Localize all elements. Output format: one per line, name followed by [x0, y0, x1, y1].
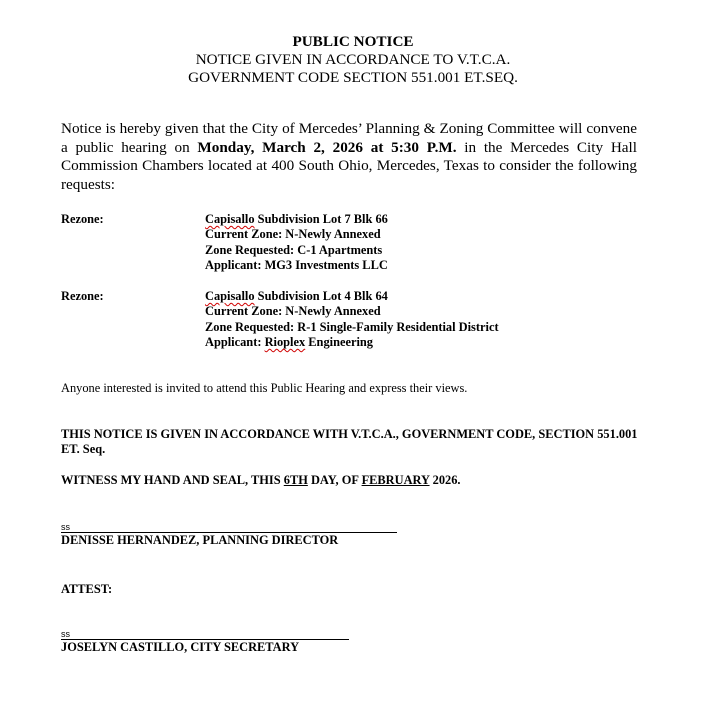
hearing-date-time: Monday, March 2, 2026 at 5:30 P.M.: [197, 139, 456, 156]
witness-month: FEBRUARY: [362, 473, 430, 487]
witness-day: 6TH: [284, 473, 308, 487]
rezone-details: Capisallo Subdivision Lot 7 Blk 66 Curre…: [205, 212, 388, 274]
signatory-name: DENISSE HERNANDEZ, PLANNING DIRECTOR: [61, 533, 397, 548]
notice-header: PUBLIC NOTICE NOTICE GIVEN IN ACCORDANCE…: [0, 33, 706, 87]
signature-block-city-secretary: ss JOSELYN CASTILLO, CITY SECRETARY: [61, 629, 349, 655]
signature-line: ss: [61, 629, 349, 640]
current-zone-line: Current Zone: N-Newly Annexed: [205, 227, 388, 242]
signature-block-planning-director: ss DENISSE HERNANDEZ, PLANNING DIRECTOR: [61, 522, 397, 548]
notice-title: PUBLIC NOTICE: [0, 33, 706, 51]
signature-line: ss: [61, 522, 397, 533]
subdivision-line: Capisallo Subdivision Lot 7 Blk 66: [205, 212, 388, 227]
notice-subtitle-accordance: NOTICE GIVEN IN ACCORDANCE TO V.T.C.A.: [0, 51, 706, 69]
witness-prefix: WITNESS MY HAND AND SEAL, THIS: [61, 473, 284, 487]
witness-statement: WITNESS MY HAND AND SEAL, THIS 6TH DAY, …: [61, 473, 461, 488]
invitation-text: Anyone interested is invited to attend t…: [61, 381, 467, 396]
notice-subtitle-code-section: GOVERNMENT CODE SECTION 551.001 ET.SEQ.: [0, 69, 706, 87]
document-page: PUBLIC NOTICE NOTICE GIVEN IN ACCORDANCE…: [0, 0, 706, 704]
applicant-name: MG3 Investments LLC: [265, 258, 388, 272]
spellcheck-flagged-word: Capisallo: [205, 212, 255, 226]
zone-requested-line: Zone Requested: C-1 Apartments: [205, 243, 388, 258]
spellcheck-flagged-word: Capisallo: [205, 289, 255, 303]
applicant-prefix: Applicant:: [205, 258, 265, 272]
signatory-name: JOSELYN CASTILLO, CITY SECRETARY: [61, 640, 349, 655]
applicant-prefix: Applicant:: [205, 335, 265, 349]
rezone-label: Rezone:: [61, 289, 104, 304]
applicant-name-spellcheck-flagged: Rioplex: [265, 335, 306, 349]
witness-year: 2026.: [430, 473, 461, 487]
intro-paragraph: Notice is hereby given that the City of …: [61, 120, 637, 194]
applicant-suffix: Engineering: [305, 335, 373, 349]
subdivision-line: Capisallo Subdivision Lot 4 Blk 64: [205, 289, 499, 304]
notice-given-statement: THIS NOTICE IS GIVEN IN ACCORDANCE WITH …: [61, 427, 641, 458]
applicant-line: Applicant: Rioplex Engineering: [205, 335, 499, 350]
applicant-line: Applicant: MG3 Investments LLC: [205, 258, 388, 273]
current-zone-line: Current Zone: N-Newly Annexed: [205, 304, 499, 319]
subdivision-lot-block: Subdivision Lot 4 Blk 64: [255, 289, 388, 303]
attest-label: ATTEST:: [61, 582, 112, 597]
rezone-details: Capisallo Subdivision Lot 4 Blk 64 Curre…: [205, 289, 499, 351]
rezone-label: Rezone:: [61, 212, 104, 227]
subdivision-lot-block: Subdivision Lot 7 Blk 66: [255, 212, 388, 226]
zone-requested-line: Zone Requested: R-1 Single-Family Reside…: [205, 320, 499, 335]
witness-middle: DAY, OF: [308, 473, 362, 487]
